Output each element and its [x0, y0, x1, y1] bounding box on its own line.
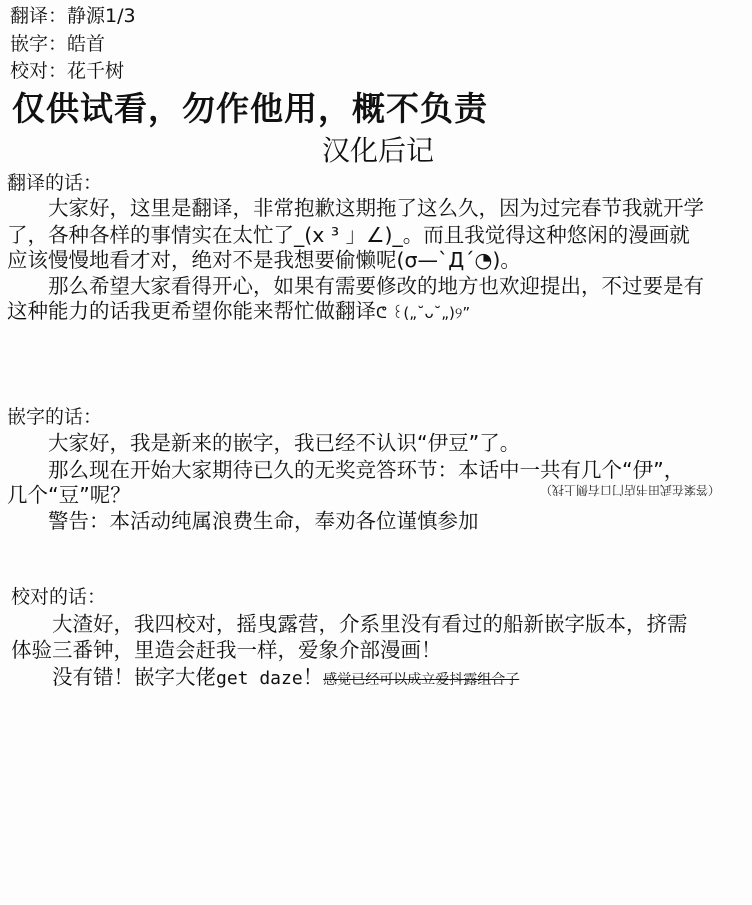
upside-down-hint: （答案在武田书店门口右侧上找）: [540, 480, 720, 499]
credit-name: 皓首: [67, 33, 105, 55]
line-text: 没有错！嵌字大佬: [11, 665, 216, 689]
line-text: ！: [303, 665, 324, 689]
credit-translator: 翻译：静源1/3: [10, 2, 136, 30]
paragraph-line: 大家好，这里是翻译，非常抱歉这期拖了这么久，因为过完春节我就开学: [7, 193, 704, 223]
credit-role: 校对：: [10, 60, 67, 82]
strikethrough-text: 感觉已经可以成立爱抖露组合了: [323, 672, 519, 688]
kaomoji: ᕦ ꒰(„˘ᴗ˘„)୨”: [376, 304, 470, 322]
line-text: 这种能力的话我更希望你能来帮忙做翻译: [7, 299, 376, 323]
credit-proofreader: 校对：花千树: [10, 57, 124, 85]
section-heading: 嵌字的话：: [7, 404, 102, 430]
page-title: 汉化后记: [322, 132, 434, 170]
paragraph-line: 这种能力的话我更希望你能来帮忙做翻译ᕦ ꒰(„˘ᴗ˘„)୨”: [7, 296, 470, 328]
latin-text: get daze: [216, 668, 303, 689]
credit-name: 花千树: [67, 60, 124, 82]
credit-name: 静源1/3: [67, 5, 136, 27]
credit-role: 翻译：: [10, 5, 67, 27]
paragraph-line: 体验三番钟，里造会赶我一样，爱象介部漫画！: [11, 635, 442, 665]
credit-typesetter: 嵌字：皓首: [10, 30, 105, 58]
hint-text: （答案在武田书店门口右侧上找）: [540, 482, 720, 499]
paragraph-line: 没有错！嵌字大佬get daze！感觉已经可以成立爱抖露组合了: [11, 662, 519, 695]
paragraph-line: 警告：本活动纯属浪费生命，奉劝各位谨慎参加: [7, 506, 479, 536]
disclaimer: 仅供试看，勿作他用，概不负责: [12, 88, 488, 130]
credit-role: 嵌字：: [10, 33, 67, 55]
section-heading: 校对的话：: [11, 584, 106, 610]
paragraph-line: 大家好，我是新来的嵌字，我已经不认识“伊豆”了。: [7, 428, 520, 458]
